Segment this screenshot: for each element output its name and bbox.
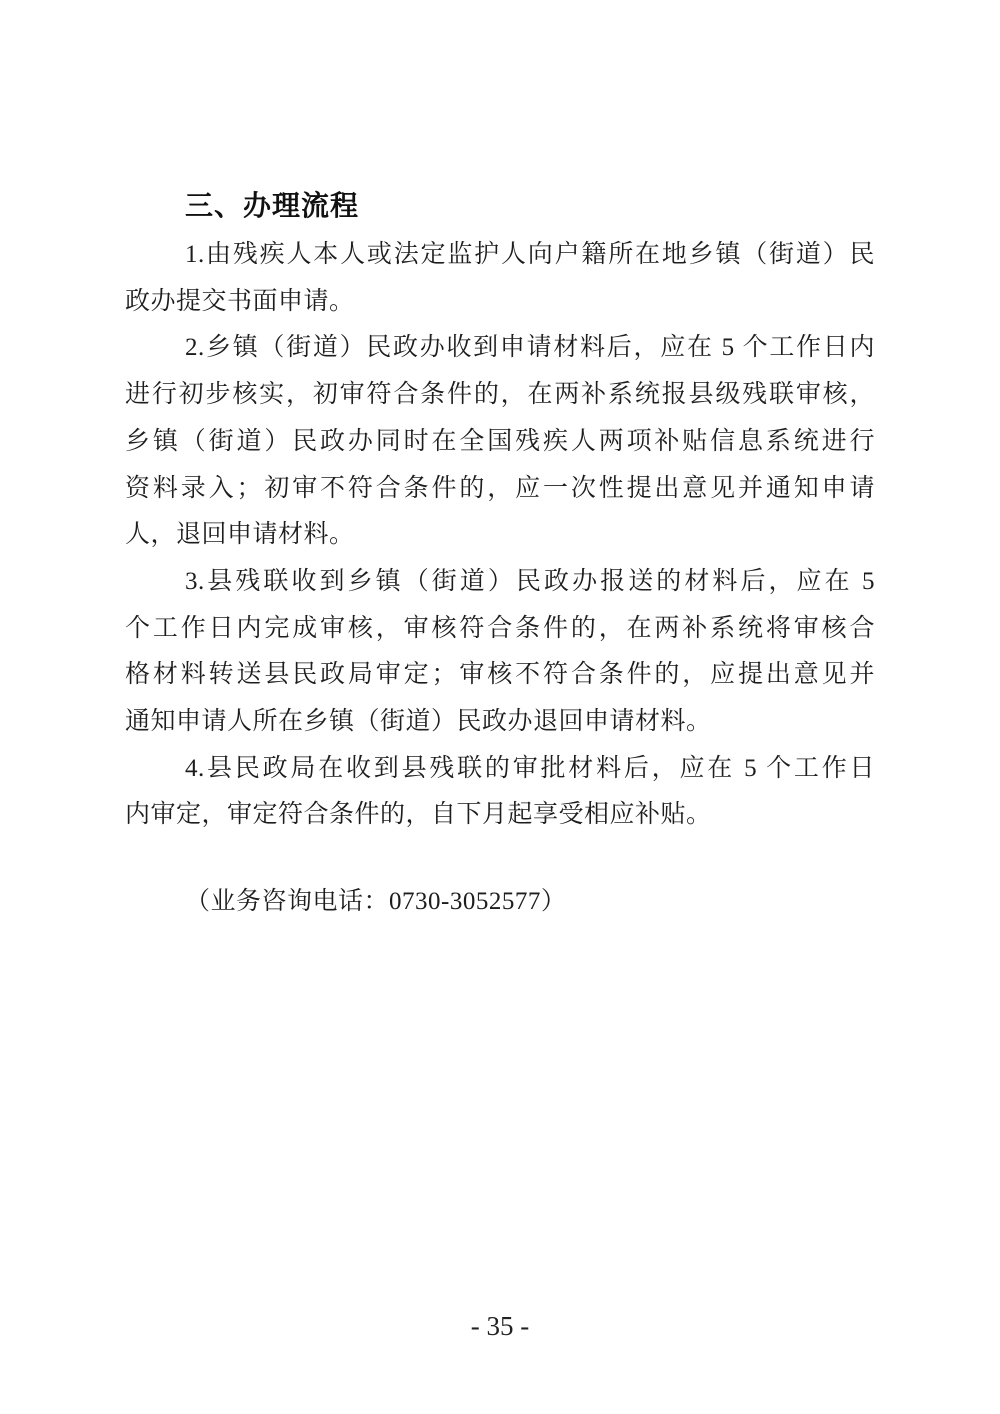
page-number: - 35 -	[0, 1312, 1000, 1340]
text-line: 乡镇（街道）民政办同时在全国残疾人两项补贴信息系统进行	[125, 419, 875, 466]
section-heading: 三、办理流程	[125, 180, 875, 232]
paragraph-2: 2.乡镇（街道）民政办收到申请材料后，应在 5 个工作日内 进行初步核实，初审符…	[125, 325, 875, 559]
text-line: 3.县残联收到乡镇（街道）民政办报送的材料后，应在 5	[125, 559, 875, 606]
text-line: 1.由残疾人本人或法定监护人向户籍所在地乡镇（街道）民	[125, 232, 875, 279]
paragraph-1: 1.由残疾人本人或法定监护人向户籍所在地乡镇（街道）民 政办提交书面申请。	[125, 232, 875, 325]
paragraph-3: 3.县残联收到乡镇（街道）民政办报送的材料后，应在 5 个工作日内完成审核，审核…	[125, 559, 875, 746]
text-line: 人，退回申请材料。	[125, 512, 875, 559]
text-line: 进行初步核实，初审符合条件的，在两补系统报县级残联审核，	[125, 372, 875, 419]
document-page: 三、办理流程 1.由残疾人本人或法定监护人向户籍所在地乡镇（街道）民 政办提交书…	[0, 0, 1000, 1414]
page-content: 三、办理流程 1.由残疾人本人或法定监护人向户籍所在地乡镇（街道）民 政办提交书…	[125, 180, 875, 926]
text-line: 资料录入；初审不符合条件的，应一次性提出意见并通知申请	[125, 466, 875, 513]
contact-phone-line: （业务咨询电话：0730-3052577）	[125, 879, 875, 926]
text-line: 政办提交书面申请。	[125, 279, 875, 326]
text-line: 格材料转送县民政局审定；审核不符合条件的，应提出意见并	[125, 652, 875, 699]
text-line: 内审定，审定符合条件的，自下月起享受相应补贴。	[125, 792, 875, 839]
text-line: 4.县民政局在收到县残联的审批材料后，应在 5 个工作日	[125, 746, 875, 793]
text-line: 通知申请人所在乡镇（街道）民政办退回申请材料。	[125, 699, 875, 746]
text-line: 个工作日内完成审核，审核符合条件的，在两补系统将审核合	[125, 606, 875, 653]
paragraph-4: 4.县民政局在收到县残联的审批材料后，应在 5 个工作日 内审定，审定符合条件的…	[125, 746, 875, 839]
text-line: 2.乡镇（街道）民政办收到申请材料后，应在 5 个工作日内	[125, 325, 875, 372]
